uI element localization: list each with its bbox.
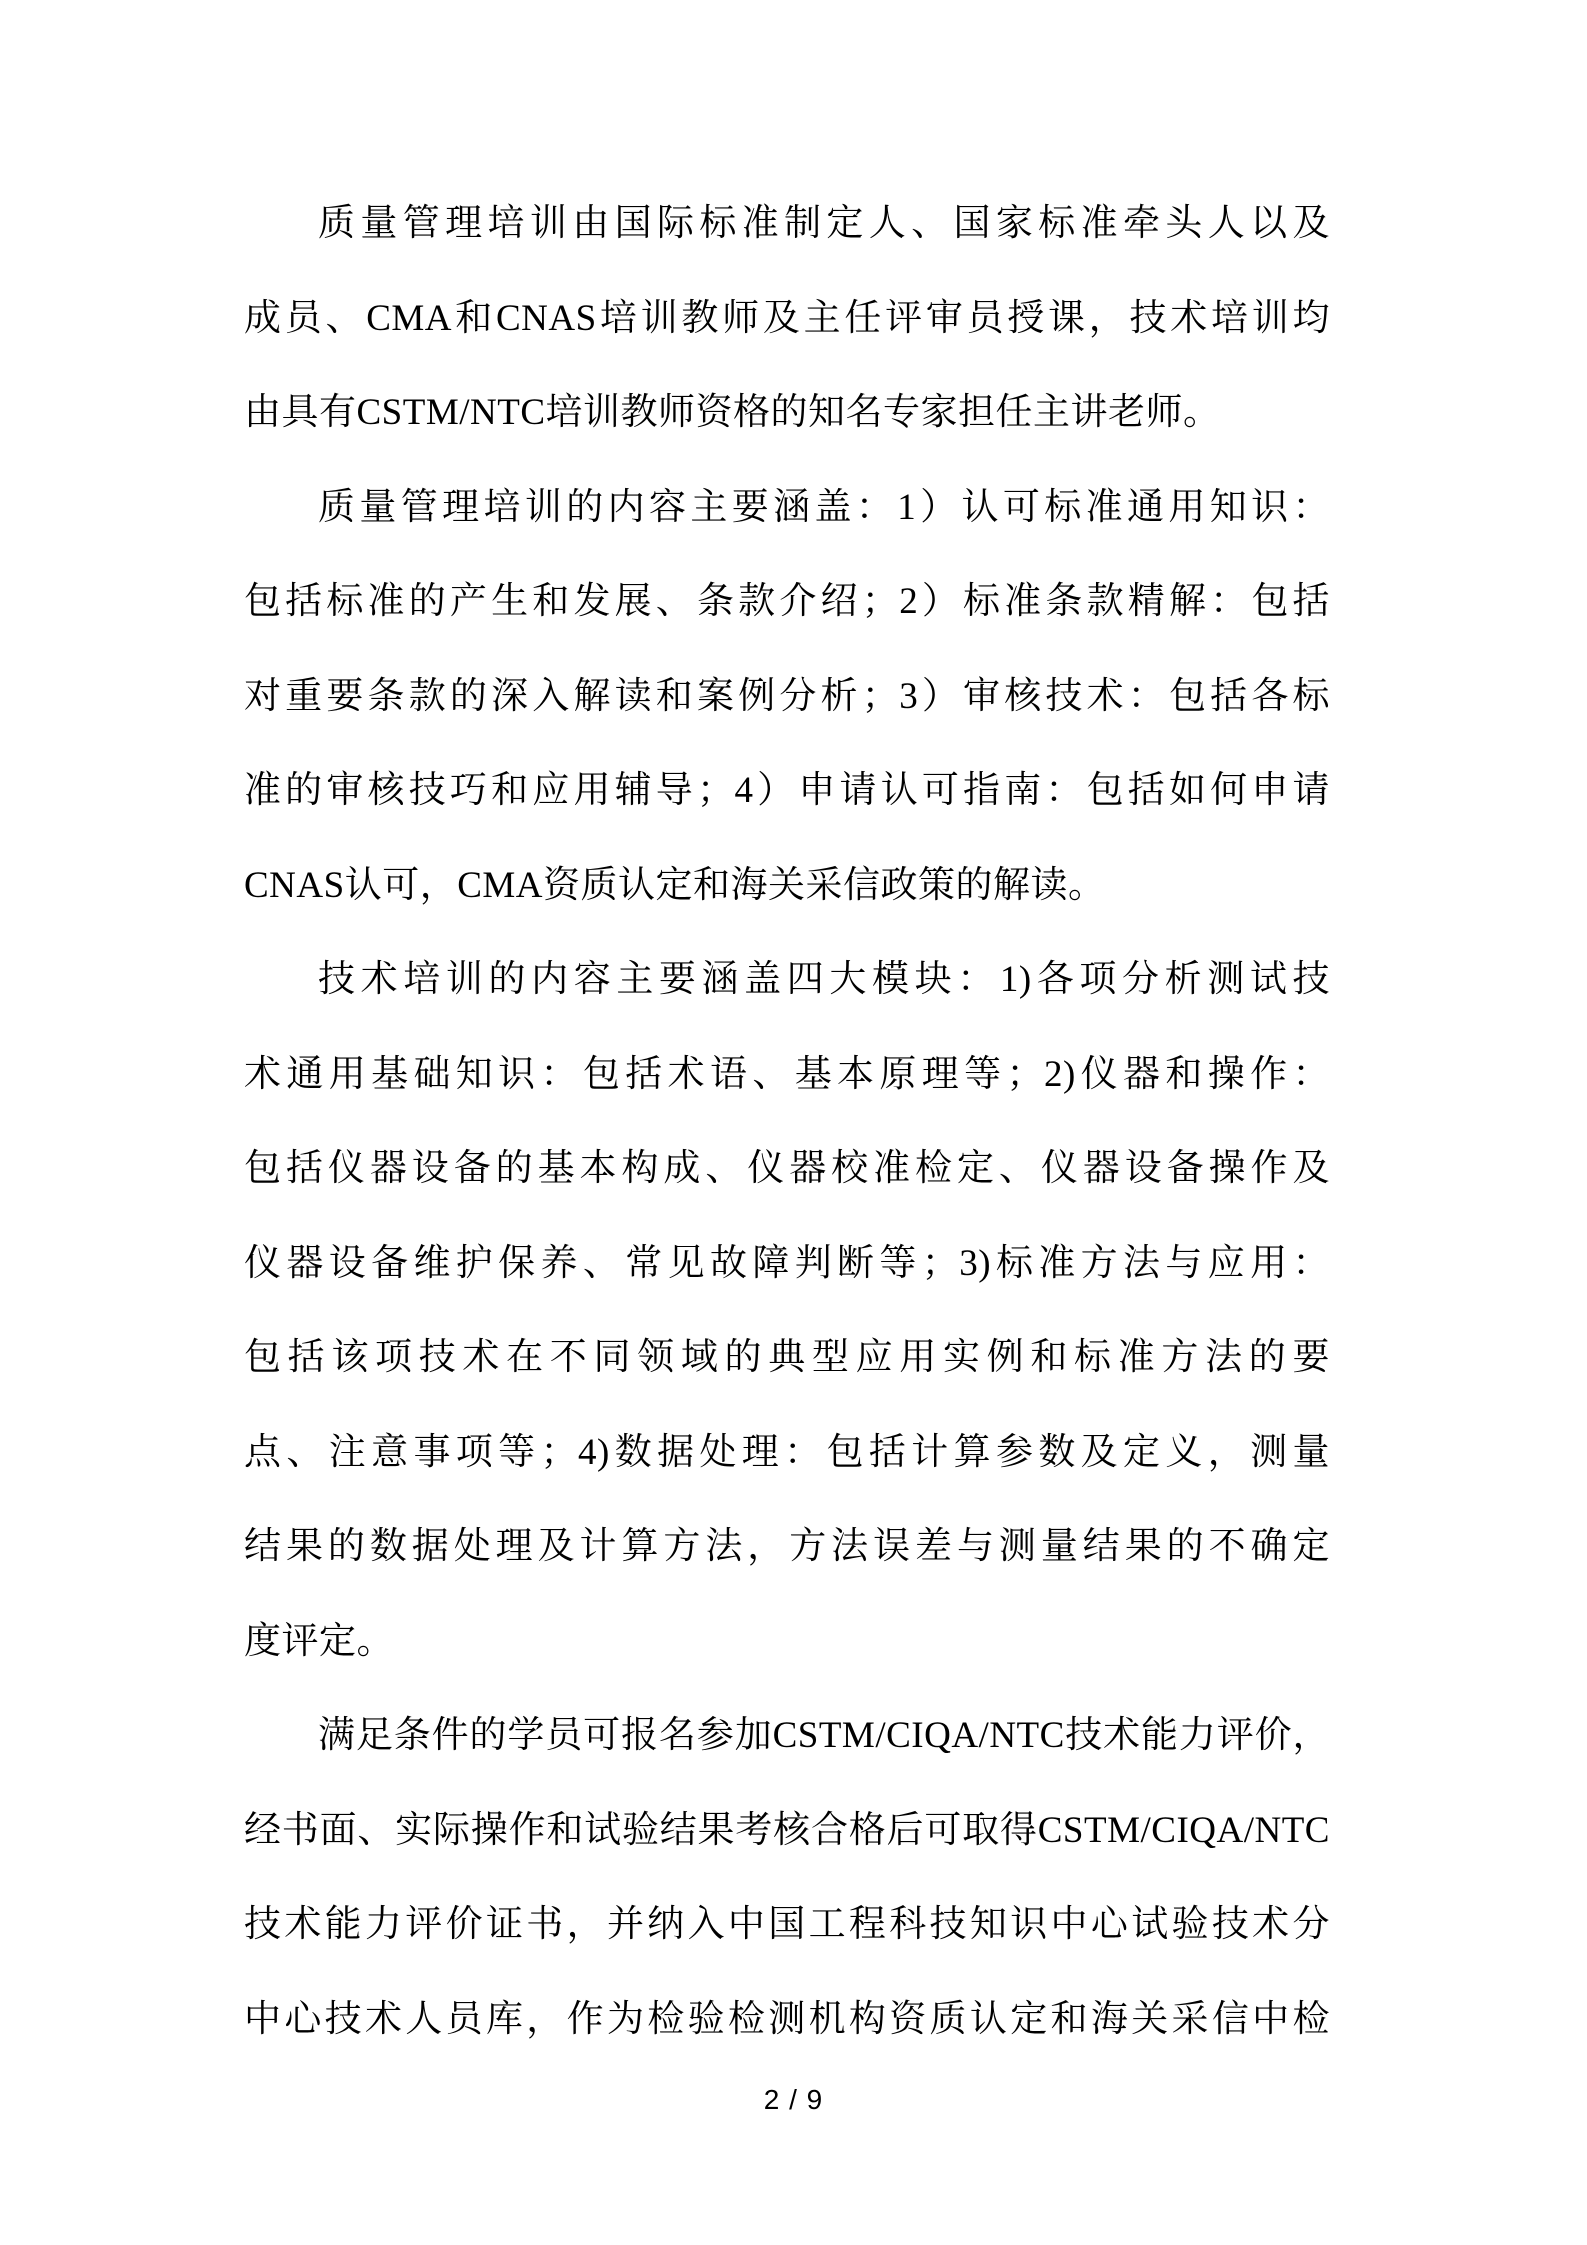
- text-line: 中心技术人员库，作为检验检测机构资质认定和海关采信中检: [244, 1973, 1330, 2068]
- paragraph-3: 技术培训的内容主要涵盖四大模块：1)各项分析测试技 术通用基础知识：包括术语、基…: [244, 933, 1330, 1689]
- text-line: 结果的数据处理及计算方法，方法误差与测量结果的不确定: [244, 1500, 1330, 1595]
- text-line: 包括标准的产生和发展、条款介绍；2）标准条款精解：包括: [244, 555, 1330, 650]
- paragraph-1: 质量管理培训由国际标准制定人、国家标准牵头人以及 成员、CMA和CNAS培训教师…: [244, 177, 1330, 461]
- text-line: 仪器设备维护保养、常见故障判断等；3)标准方法与应用：: [244, 1217, 1330, 1312]
- paragraph-2: 质量管理培训的内容主要涵盖：1）认可标准通用知识： 包括标准的产生和发展、条款介…: [244, 461, 1330, 934]
- text-line: 包括该项技术在不同领域的典型应用实例和标准方法的要: [244, 1311, 1330, 1406]
- paragraph-4: 满足条件的学员可报名参加CSTM/CIQA/NTC技术能力评价， 经书面、实际操…: [244, 1689, 1330, 2067]
- text-line: 对重要条款的深入解读和案例分析；3）审核技术：包括各标: [244, 650, 1330, 745]
- text-line: 满足条件的学员可报名参加CSTM/CIQA/NTC技术能力评价，: [244, 1689, 1330, 1784]
- text-line: 准的审核技巧和应用辅导；4）申请认可指南：包括如何申请: [244, 744, 1330, 839]
- page-footer: 2 / 9: [0, 2083, 1587, 2117]
- text-line: CNAS认可，CMA资质认定和海关采信政策的解读。: [244, 839, 1330, 934]
- text-line: 点、注意事项等；4)数据处理：包括计算参数及定义，测量: [244, 1406, 1330, 1501]
- text-line: 质量管理培训的内容主要涵盖：1）认可标准通用知识：: [244, 461, 1330, 556]
- text-line: 由具有CSTM/NTC培训教师资格的知名专家担任主讲老师。: [244, 366, 1330, 461]
- text-line: 成员、CMA和CNAS培训教师及主任评审员授课，技术培训均: [244, 272, 1330, 367]
- text-line: 技术能力评价证书，并纳入中国工程科技知识中心试验技术分: [244, 1878, 1330, 1973]
- text-line: 度评定。: [244, 1595, 1330, 1690]
- text-line: 术通用基础知识：包括术语、基本原理等；2)仪器和操作：: [244, 1028, 1330, 1123]
- text-line: 包括仪器设备的基本构成、仪器校准检定、仪器设备操作及: [244, 1122, 1330, 1217]
- text-line: 经书面、实际操作和试验结果考核合格后可取得CSTM/CIQA/NTC: [244, 1784, 1330, 1879]
- text-line: 质量管理培训由国际标准制定人、国家标准牵头人以及: [244, 177, 1330, 272]
- page-number: 2 / 9: [764, 2084, 823, 2115]
- document-page: 质量管理培训由国际标准制定人、国家标准牵头人以及 成员、CMA和CNAS培训教师…: [0, 0, 1587, 2245]
- text-line: 技术培训的内容主要涵盖四大模块：1)各项分析测试技: [244, 933, 1330, 1028]
